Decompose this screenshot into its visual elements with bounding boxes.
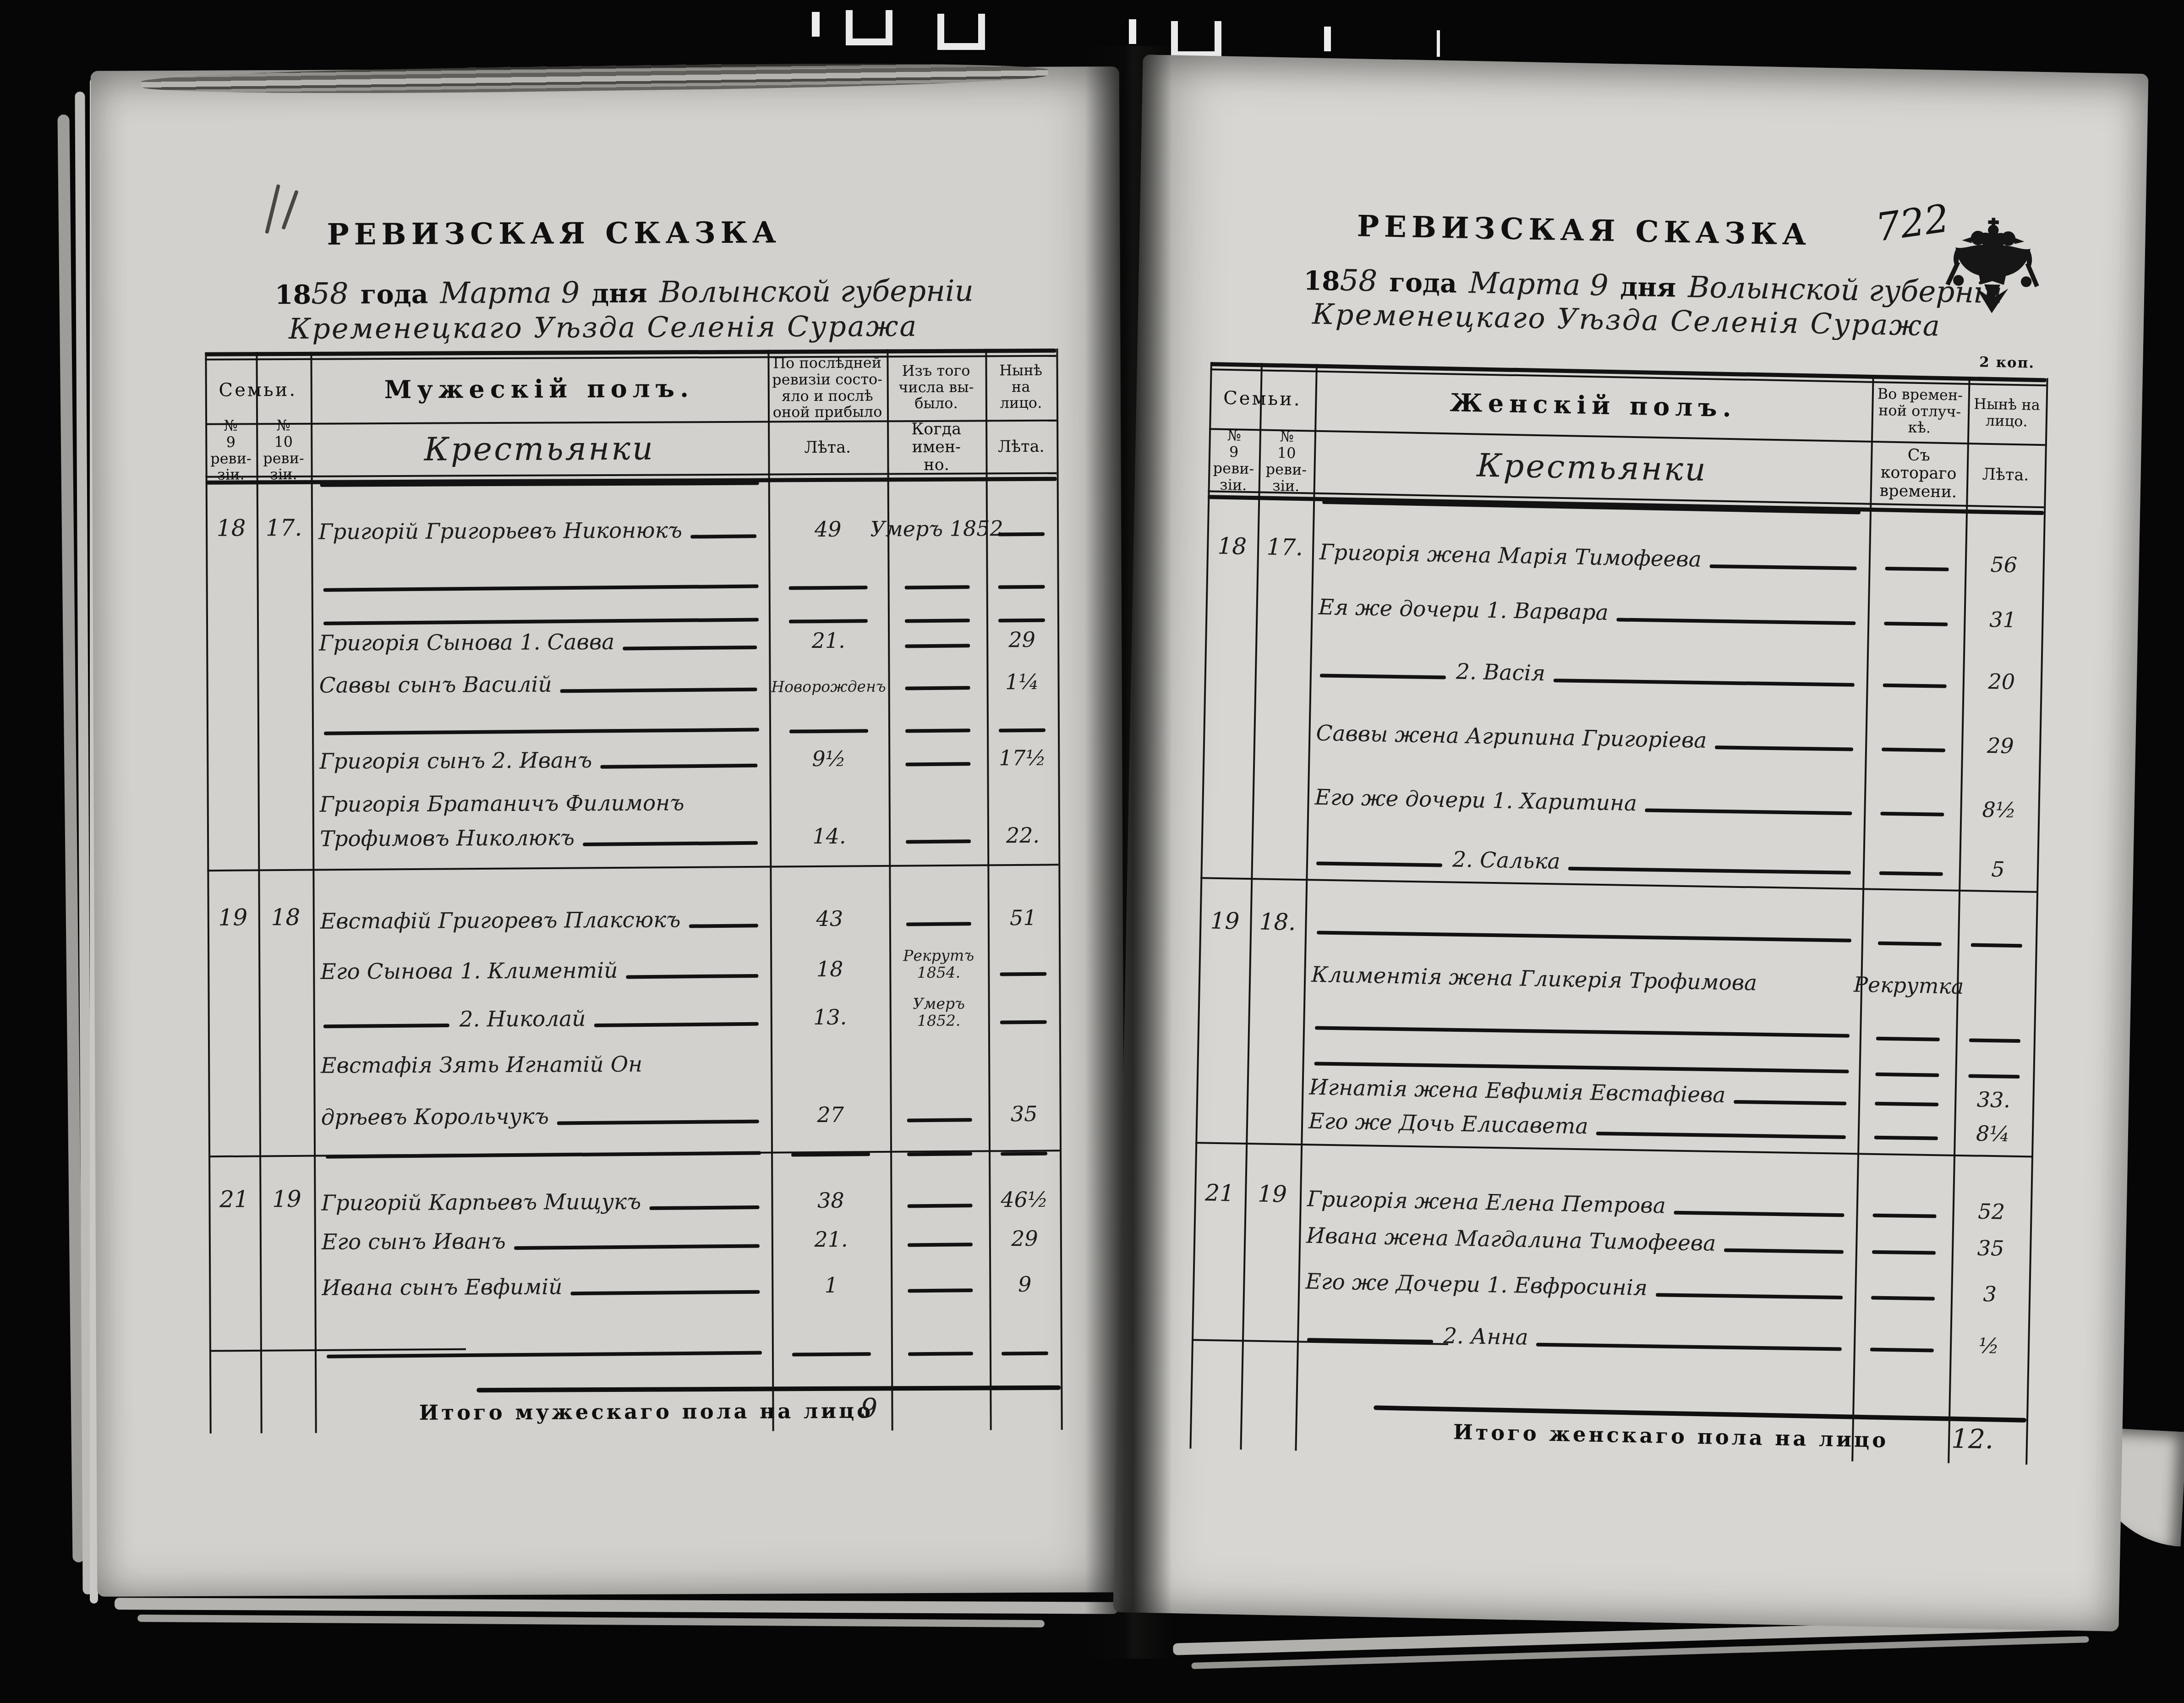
empty-dash bbox=[1872, 1250, 1936, 1255]
table-row: Его же Дочери 1. Евфросинія3 bbox=[1143, 55, 2149, 74]
empty-dash bbox=[905, 762, 970, 766]
person-name-cell bbox=[1312, 909, 1856, 953]
value-cell bbox=[891, 1221, 989, 1255]
empty-dash bbox=[1882, 748, 1945, 752]
value-text: 29 bbox=[1987, 735, 2014, 762]
person-name-cell bbox=[321, 1131, 766, 1167]
table-vertical-rule bbox=[310, 352, 317, 1433]
value-cell: 46½ bbox=[989, 1182, 1060, 1216]
person-name: Евстафія Зять Игнатій Он bbox=[321, 1054, 642, 1081]
family-no-rev10-value: 19 bbox=[272, 1188, 301, 1216]
empty-dash bbox=[1878, 942, 1942, 946]
trailing-dash bbox=[557, 1120, 759, 1125]
value-text: Рекрутка bbox=[1853, 974, 1964, 1002]
family-no-rev9: 18 bbox=[1207, 527, 1258, 564]
empty-dash bbox=[1001, 1152, 1047, 1156]
person-name-cell: Саввы жена Агрипина Григоріева bbox=[1316, 715, 1860, 759]
person-name-cell: 2. Анна bbox=[1304, 1315, 1849, 1359]
leading-dash bbox=[1316, 861, 1442, 867]
value-cell: 1 bbox=[772, 1267, 891, 1301]
person-name-cell bbox=[319, 708, 764, 744]
col-header-rev10: № 10 реви- зіи. bbox=[1261, 432, 1312, 491]
family-no-rev9: 21 bbox=[1194, 1174, 1245, 1210]
value-text: 1 bbox=[825, 1275, 838, 1301]
value-cell bbox=[986, 563, 1057, 597]
value-text: 27 bbox=[817, 1104, 844, 1131]
value-text: 38 bbox=[817, 1190, 844, 1216]
person-name: Его же Дочь Елисавета bbox=[1308, 1111, 1588, 1142]
value-cell: Умеръ 1852. bbox=[890, 998, 988, 1033]
total-rule bbox=[476, 1385, 1061, 1393]
empty-dash bbox=[907, 1243, 972, 1247]
family-no-rev9-value: 19 bbox=[1210, 909, 1240, 938]
value-cell bbox=[1857, 1113, 1954, 1149]
value-text: 35 bbox=[1011, 1103, 1038, 1130]
empty-dash bbox=[1000, 1020, 1047, 1024]
person-name: 2. Николай bbox=[460, 1008, 586, 1035]
value-cell bbox=[771, 1130, 890, 1165]
empty-dash bbox=[907, 1204, 972, 1208]
col-header-prev-revision: По послѣдней ревизіи состо- яло и послѣ … bbox=[770, 356, 884, 420]
trailing-dash bbox=[600, 764, 757, 769]
value-cell bbox=[1859, 1014, 1956, 1050]
empty-dash bbox=[1875, 1102, 1938, 1106]
empty-dash bbox=[1883, 684, 1946, 688]
value-cell bbox=[888, 664, 986, 698]
value-cell: Рекрутка bbox=[1860, 967, 1957, 1002]
col-subheader-years: Лѣта. bbox=[771, 423, 884, 472]
value-cell: 35 bbox=[1952, 1230, 2030, 1265]
table-row: 1817.Григорія жена Марія Тимофеева56 bbox=[1143, 55, 2149, 74]
value-cell: 29 bbox=[986, 622, 1057, 656]
person-name: 2. Салька bbox=[1452, 849, 1560, 877]
empty-dash bbox=[907, 1152, 972, 1156]
ditto-dash bbox=[327, 1351, 762, 1358]
family-no-rev10: 19 bbox=[259, 1180, 314, 1216]
leading-dash bbox=[1320, 674, 1446, 679]
value-cell bbox=[1853, 1325, 1950, 1361]
empty-dash bbox=[905, 728, 970, 733]
table-row: Игнатія жена Евфимія Евстафіева33. bbox=[1143, 55, 2149, 74]
empty-dash bbox=[908, 1288, 973, 1292]
person-name: Григорія Братаничъ Филимонъ bbox=[320, 792, 684, 820]
trailing-dash bbox=[1734, 1100, 1846, 1106]
empty-dash bbox=[789, 729, 868, 733]
value-cell: 8½ bbox=[1960, 791, 2038, 827]
value-text: 13. bbox=[813, 1007, 847, 1033]
col-header-departed: Изъ того числа вы- было. bbox=[889, 355, 983, 419]
family-no-rev10-value: 18. bbox=[1259, 910, 1296, 939]
empty-dash bbox=[998, 585, 1045, 589]
value-cell bbox=[887, 563, 986, 597]
value-cell: 14. bbox=[770, 818, 889, 852]
film-mark bbox=[846, 10, 892, 45]
person-name: Ивана жена Магдалина Тимофеева bbox=[1306, 1225, 1716, 1259]
family-no-rev10: 17. bbox=[257, 509, 311, 545]
family-no-rev9-value: 21 bbox=[1205, 1181, 1235, 1210]
value-cell bbox=[1855, 1274, 1951, 1309]
value-text: 21. bbox=[812, 630, 845, 657]
person-name-cell: Ивана жена Магдалина Тимофеева bbox=[1306, 1217, 1850, 1262]
value-cell bbox=[888, 706, 987, 741]
value-text: 14. bbox=[812, 826, 846, 852]
table-row: 2. Васія20 bbox=[1143, 55, 2149, 74]
table-row: Его же дочери 1. Харитина8½ bbox=[1143, 55, 2149, 74]
male-table: Семьи. Мужескій полъ. По послѣдней ревиз… bbox=[91, 66, 1126, 1597]
trailing-dash bbox=[689, 924, 758, 928]
empty-dash bbox=[1870, 1348, 1934, 1353]
value-cell: 56 bbox=[1965, 546, 2043, 581]
ditto-dash bbox=[1317, 931, 1851, 942]
person-name-cell: Григорія жена Марія Тимофеева bbox=[1319, 534, 1863, 578]
family-no-rev10: 18 bbox=[258, 898, 313, 935]
trailing-dash bbox=[594, 1022, 758, 1027]
person-name-cell: Евстафій Григоревъ Плаксюкъ bbox=[320, 901, 765, 937]
person-name: Григорій Карпьевъ Мищукъ bbox=[321, 1191, 641, 1219]
person-name-cell: Его же дочери 1. Харитина bbox=[1314, 779, 1859, 823]
value-cell: 1¼ bbox=[986, 664, 1057, 698]
person-name-cell: Его сынъ Иванъ bbox=[322, 1222, 766, 1258]
empty-dash bbox=[1879, 871, 1943, 876]
person-name: Григорій Григорьевъ Никонюкъ bbox=[318, 520, 682, 547]
person-name: Ивана сынъ Евфимій bbox=[322, 1276, 562, 1303]
family-no-rev10-value: 17. bbox=[1266, 536, 1303, 565]
value-cell: ½ bbox=[1949, 1327, 2028, 1363]
value-cell: 9½ bbox=[769, 740, 888, 775]
trailing-dash bbox=[1568, 867, 1851, 875]
value-cell: 38 bbox=[771, 1182, 890, 1216]
film-mark bbox=[1171, 21, 1221, 58]
empty-dash bbox=[1880, 812, 1944, 816]
family-no-rev10: 19 bbox=[1244, 1175, 1300, 1211]
table-row: Саввы жена Агрипина Григоріева29 bbox=[1143, 55, 2149, 74]
empty-dash bbox=[1872, 1214, 1936, 1218]
value-text: Умеръ 1852 bbox=[870, 518, 1003, 545]
value-text: 20 bbox=[1988, 671, 2015, 698]
value-cell: 21. bbox=[772, 1221, 891, 1255]
empty-dash bbox=[907, 1118, 972, 1122]
value-cell: 52 bbox=[1952, 1193, 2031, 1228]
person-name: Саввы жена Агрипина Григоріева bbox=[1316, 723, 1707, 756]
trailing-dash bbox=[1724, 1249, 1844, 1254]
value-cell bbox=[986, 510, 1057, 545]
value-cell: 29 bbox=[989, 1221, 1060, 1255]
value-text: 29 bbox=[1011, 1228, 1038, 1254]
family-no-rev10: 17. bbox=[1257, 528, 1313, 564]
value-text: 46½ bbox=[1001, 1189, 1048, 1216]
col-header-rev9: № 9 реви- зіи. bbox=[1211, 431, 1257, 490]
person-name-cell bbox=[318, 564, 763, 600]
col-header-temporary-absence: Во времен- ной отлуч- кѣ. bbox=[1874, 381, 1965, 442]
value-cell: Умеръ 1852 bbox=[887, 510, 986, 545]
value-cell: 20 bbox=[1962, 663, 2041, 698]
trailing-dash bbox=[1656, 1293, 1843, 1299]
value-text: 56 bbox=[1990, 554, 2018, 581]
empty-dash bbox=[1874, 1136, 1938, 1140]
empty-dash bbox=[1971, 943, 2022, 948]
person-name: Трофимовъ Николюкъ bbox=[320, 827, 575, 854]
ditto-dash bbox=[1315, 1026, 1850, 1037]
value-cell bbox=[768, 564, 887, 598]
leading-dash bbox=[323, 1024, 449, 1028]
total-label: Итого женскаго пола на лицо bbox=[1428, 1419, 1914, 1453]
value-text: 8½ bbox=[1982, 799, 2016, 826]
value-cell bbox=[987, 706, 1058, 741]
value-text: 9½ bbox=[812, 748, 846, 775]
value-text: 8¼ bbox=[1976, 1123, 2010, 1150]
empty-dash bbox=[792, 1352, 871, 1356]
person-name: Его Сынова 1. Климентій bbox=[320, 960, 618, 987]
value-text: 31 bbox=[1989, 609, 2017, 636]
trailing-dash bbox=[570, 1290, 760, 1296]
value-cell bbox=[990, 1330, 1061, 1364]
book-spine-shadow bbox=[1085, 46, 1172, 1659]
person-name: 2. Васія bbox=[1456, 661, 1545, 689]
value-cell bbox=[1856, 1191, 1953, 1227]
trailing-dash bbox=[1554, 679, 1855, 687]
value-cell: 9 bbox=[989, 1266, 1060, 1301]
empty-dash bbox=[904, 585, 969, 589]
value-cell: 35 bbox=[989, 1096, 1060, 1130]
value-cell bbox=[890, 1182, 989, 1216]
person-name-cell: 2. Николай bbox=[321, 1000, 765, 1035]
person-name-cell: Евстафія Зять Игнатій Он bbox=[321, 1046, 765, 1081]
total-value: 12. bbox=[1951, 1423, 1994, 1455]
table-row: Ея же дочери 1. Варвара31 bbox=[1143, 55, 2149, 74]
person-name: Григорія жена Елена Петрова bbox=[1307, 1188, 1666, 1221]
person-name-cell: Климентія жена Гликерія Трофимова bbox=[1311, 956, 1856, 1001]
value-cell: 5 bbox=[1959, 851, 2037, 886]
value-text: 22. bbox=[1006, 825, 1040, 851]
empty-dash bbox=[905, 644, 970, 648]
person-name-cell: 2. Васія bbox=[1317, 651, 1861, 695]
table-row: 1918. bbox=[1143, 55, 2149, 74]
value-cell: 3 bbox=[1951, 1276, 2029, 1311]
col-subheader-years: Лѣта. bbox=[988, 422, 1054, 472]
value-cell bbox=[988, 998, 1059, 1033]
empty-dash bbox=[1002, 1352, 1048, 1356]
trailing-dash bbox=[1674, 1211, 1844, 1217]
empty-dash bbox=[1000, 972, 1047, 976]
empty-dash bbox=[905, 686, 970, 690]
trailing-dash bbox=[1596, 1132, 1846, 1139]
trailing-dash bbox=[1709, 564, 1856, 570]
value-cell: 13. bbox=[771, 999, 890, 1033]
value-cell: 43 bbox=[770, 900, 889, 935]
value-text: 5 bbox=[1991, 859, 2005, 886]
scanned-revision-list-photo: РЕВИЗСКАЯ СКАЗКА 1858годаМарта 9дняВолын… bbox=[0, 0, 2184, 1703]
person-name: Ея же дочери 1. Варвара bbox=[1318, 597, 1609, 628]
person-name-cell: Григорія Братаничъ Филимонъ bbox=[320, 784, 764, 820]
value-text: Новорожденъ bbox=[771, 678, 886, 699]
value-cell: 17½ bbox=[987, 740, 1058, 774]
value-cell bbox=[1865, 725, 1962, 761]
family-no-rev9: 19 bbox=[1199, 902, 1250, 938]
film-mark bbox=[812, 12, 820, 37]
family-no-rev10-value: 17. bbox=[266, 516, 302, 545]
family-no-rev10-value: 19 bbox=[1258, 1183, 1287, 1211]
empty-dash bbox=[1876, 1037, 1940, 1041]
group-script-peasants: Крестьянки bbox=[313, 423, 765, 474]
value-cell bbox=[891, 1266, 989, 1301]
value-cell: 31 bbox=[1964, 601, 2042, 636]
value-text: 9 bbox=[1018, 1274, 1032, 1300]
table-row: Его же Дочь Елисавета8¼ bbox=[1143, 55, 2149, 74]
col-subheader-when: Когда имен- но. bbox=[890, 422, 983, 472]
family-no-rev9: 19 bbox=[208, 898, 258, 934]
value-cell: 33. bbox=[1954, 1081, 2033, 1117]
trailing-dash bbox=[626, 974, 758, 979]
trailing-dash bbox=[1616, 618, 1856, 625]
empty-dash bbox=[1871, 1296, 1935, 1301]
person-name: дрѣевъ Корольчукъ bbox=[321, 1106, 549, 1133]
table-row bbox=[1143, 55, 2149, 74]
empty-dash bbox=[789, 586, 868, 590]
value-cell: 21. bbox=[769, 622, 888, 657]
table-row: Ивана жена Магдалина Тимофеева35 bbox=[1143, 55, 2149, 74]
empty-dash bbox=[1969, 1038, 2020, 1043]
person-name: Григорія жена Марія Тимофеева bbox=[1319, 542, 1702, 575]
value-cell: 29 bbox=[1961, 727, 2040, 762]
value-cell: 51 bbox=[988, 900, 1059, 934]
value-cell bbox=[890, 1130, 989, 1164]
family-no-rev10: 18. bbox=[1250, 903, 1305, 939]
value-cell: 18 bbox=[770, 951, 889, 985]
value-text: 43 bbox=[816, 908, 843, 935]
value-cell bbox=[888, 740, 987, 774]
value-text: 49 bbox=[815, 519, 842, 545]
value-cell bbox=[1866, 661, 1963, 697]
trailing-dash bbox=[1645, 809, 1852, 816]
value-text: 29 bbox=[1008, 629, 1035, 656]
empty-dash bbox=[906, 922, 971, 926]
col-header-rev9: № 9 реви- зіи. bbox=[208, 426, 253, 475]
value-cell bbox=[889, 817, 987, 852]
person-name-cell: Григорія сынъ 2. Иванъ bbox=[319, 741, 764, 777]
person-name-cell: Трофимовъ Николюкъ bbox=[320, 819, 764, 854]
trailing-dash bbox=[583, 841, 758, 846]
person-name-cell: Ея же дочери 1. Варвара bbox=[1318, 589, 1862, 633]
value-cell bbox=[890, 1096, 989, 1130]
empty-dash bbox=[998, 532, 1045, 537]
value-cell: Рекрутъ 1854. bbox=[889, 950, 988, 985]
person-name-cell: Григорія жена Елена Петрова bbox=[1307, 1181, 1851, 1225]
person-name-cell: Его же Дочери 1. Евфросинія bbox=[1305, 1263, 1850, 1308]
family-no-rev9-value: 21 bbox=[219, 1188, 249, 1216]
table-row: 2. Салька5 bbox=[1143, 55, 2149, 74]
value-text: 21. bbox=[814, 1229, 848, 1255]
table-rows: 1817.Григорія жена Марія Тимофеева56Ея ж… bbox=[1143, 55, 2149, 74]
female-table: Семьи. Женскій полъ. Во времен- ной отлу… bbox=[1113, 55, 2149, 1632]
family-no-rev9-value: 18 bbox=[217, 516, 246, 545]
film-mark bbox=[937, 14, 985, 50]
value-text: 33. bbox=[1976, 1089, 2010, 1116]
value-cell bbox=[1861, 919, 1958, 955]
value-cell: 22. bbox=[987, 817, 1058, 852]
value-cell bbox=[1856, 1228, 1952, 1264]
family-separator-rule bbox=[207, 864, 1058, 871]
value-cell bbox=[889, 900, 988, 934]
family-no-rev9-value: 19 bbox=[218, 906, 247, 934]
empty-dash bbox=[1885, 567, 1949, 571]
person-name-cell: Саввы сынъ Василій bbox=[319, 665, 763, 701]
value-cell bbox=[888, 622, 986, 656]
person-name: Саввы сынъ Василій bbox=[319, 674, 552, 701]
person-name-cell: 2. Салька bbox=[1314, 838, 1858, 883]
family-no-rev10-value: 18 bbox=[271, 906, 300, 934]
table-row: Климентія жена Гликерія ТрофимоваРекрутк… bbox=[1143, 55, 2149, 74]
trailing-dash bbox=[560, 688, 757, 693]
person-name: Его же Дочери 1. Евфросинія bbox=[1305, 1271, 1648, 1303]
group-script-peasants: Крестьянки bbox=[1316, 433, 1868, 502]
page-stack-edge bbox=[115, 1598, 1118, 1614]
col-subheader-years: Лѣта. bbox=[1969, 445, 2042, 505]
person-name-cell: Григорій Карпьевъ Мищукъ bbox=[321, 1183, 766, 1219]
total-value: 9 bbox=[860, 1392, 877, 1424]
value-cell bbox=[1864, 789, 1960, 825]
value-cell: 27 bbox=[771, 1096, 890, 1131]
value-text: 51 bbox=[1010, 907, 1037, 934]
value-cell bbox=[769, 707, 888, 741]
value-text: Рекрутъ 1854. bbox=[903, 947, 974, 985]
ditto-dash bbox=[323, 584, 759, 591]
empty-dash bbox=[1884, 622, 1948, 626]
value-cell bbox=[772, 1330, 891, 1364]
person-name: Его же дочери 1. Харитина bbox=[1314, 787, 1637, 819]
value-cell: 49 bbox=[768, 511, 887, 545]
page-stack-edge bbox=[137, 1615, 1045, 1627]
family-no-rev9: 21 bbox=[208, 1180, 259, 1216]
trailing-dash bbox=[649, 1205, 759, 1210]
person-name: Евстафій Григоревъ Плаксюкъ bbox=[320, 909, 681, 936]
value-text: 35 bbox=[1977, 1238, 2004, 1265]
value-text: 52 bbox=[1978, 1201, 2005, 1228]
empty-dash bbox=[1875, 1073, 1939, 1077]
trailing-dash bbox=[623, 646, 757, 651]
film-mark bbox=[1437, 30, 1440, 57]
empty-dash bbox=[999, 728, 1045, 733]
col-header-family: Семьи. bbox=[1212, 368, 1313, 429]
col-header-present: Нынѣ на лицо. bbox=[1970, 383, 2043, 443]
trailing-dash bbox=[1536, 1343, 1842, 1351]
film-mark bbox=[1129, 19, 1136, 44]
value-text: 1¼ bbox=[1005, 671, 1039, 698]
trailing-dash bbox=[690, 534, 756, 538]
left-page: РЕВИЗСКАЯ СКАЗКА 1858годаМарта 9дняВолын… bbox=[91, 66, 1126, 1597]
table-row: 2. Анна½ bbox=[1143, 55, 2149, 74]
value-cell bbox=[1862, 849, 1959, 885]
person-name: Его сынъ Иванъ bbox=[322, 1231, 506, 1258]
value-text: ½ bbox=[1978, 1335, 1999, 1362]
family-no-rev9: 18 bbox=[206, 509, 257, 545]
value-cell bbox=[1868, 544, 1965, 580]
trailing-dash bbox=[1715, 745, 1853, 751]
person-name: Григорія сынъ 2. Иванъ bbox=[319, 750, 592, 777]
value-cell bbox=[988, 950, 1059, 985]
col-header-rev10: № 10 реви- зіи. bbox=[259, 426, 308, 475]
empty-dash bbox=[908, 1352, 973, 1356]
trailing-dash bbox=[514, 1244, 760, 1250]
value-text: 18 bbox=[816, 958, 843, 985]
value-text: Умеръ 1852. bbox=[890, 996, 988, 1033]
empty-dash bbox=[1968, 1074, 2020, 1079]
total-label: Итого мужескаго пола на лицо bbox=[417, 1398, 875, 1424]
ditto-dash bbox=[324, 728, 759, 735]
value-cell bbox=[1867, 599, 1964, 635]
col-header-male-sex: Мужескій полъ. bbox=[313, 356, 765, 422]
empty-dash bbox=[906, 839, 971, 843]
table-vertical-rule bbox=[2025, 378, 2048, 1465]
